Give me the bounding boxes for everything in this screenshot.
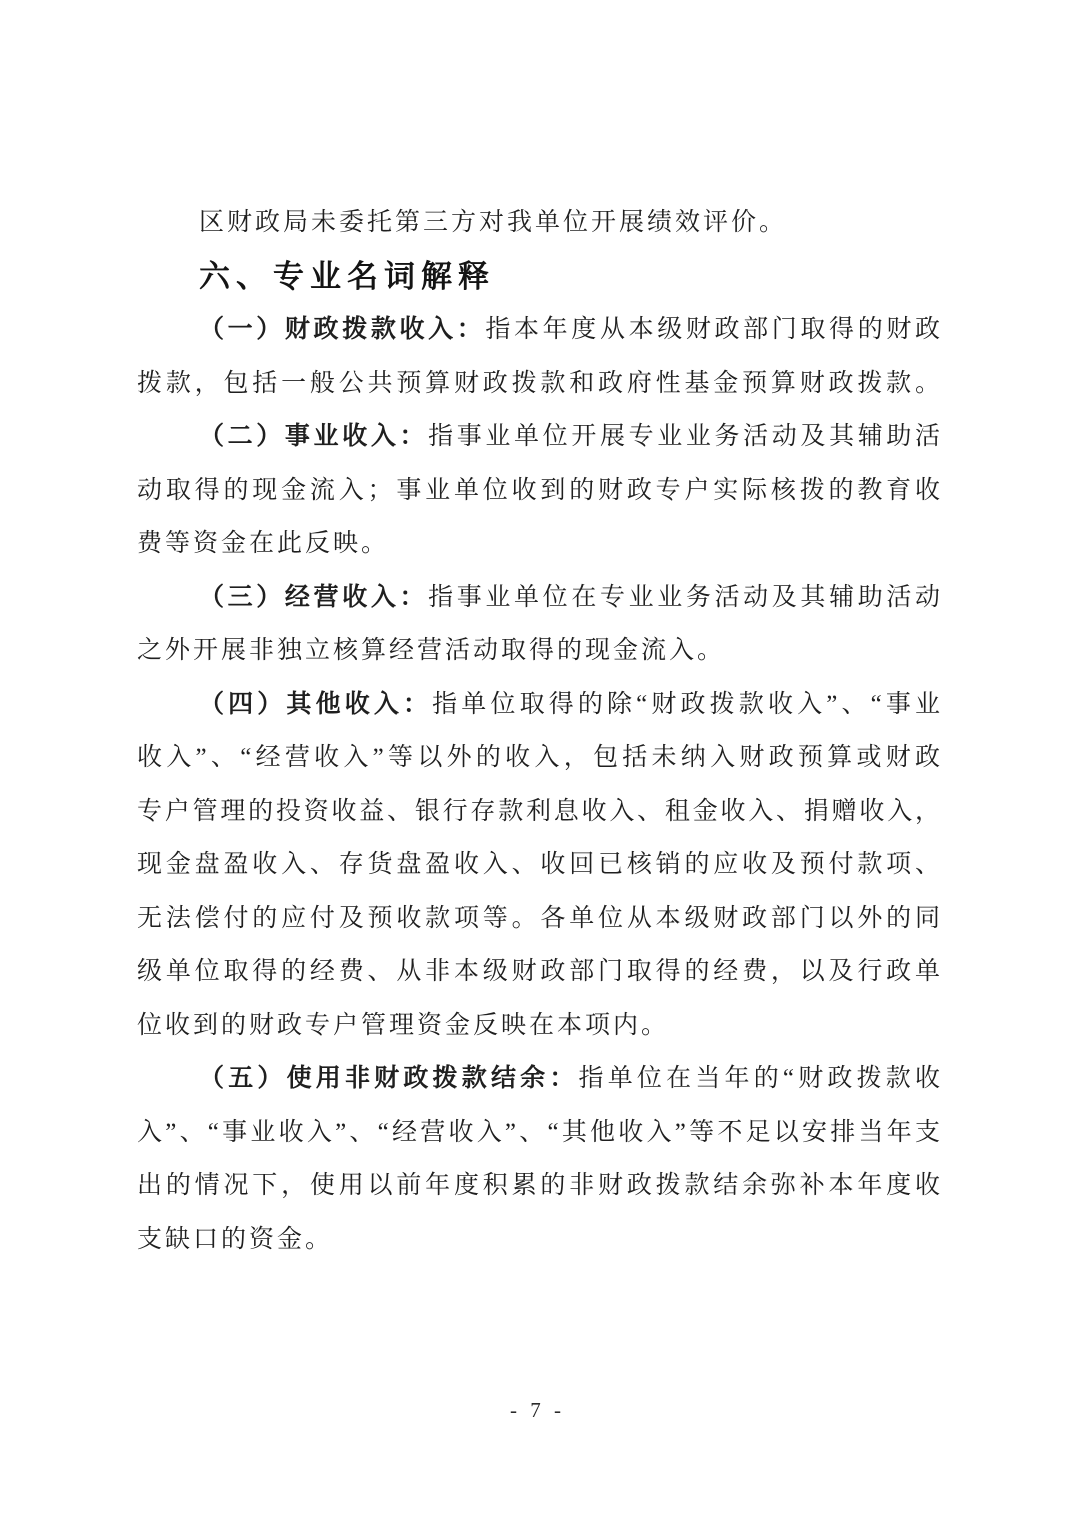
definition-text: 现金盘盈收入、存货盘盈收入、收回已核销的应收及预付款项、 xyxy=(137,851,940,878)
definition-line: 收入”、“经营收入”等以外的收入，包括未纳入财政预算或财政 xyxy=(137,731,940,785)
definition-line: 费等资金在此反映。 xyxy=(137,517,940,571)
document-body: 区财政局未委托第三方对我单位开展绩效评价。 六、专业名词解释 （一）财政拨款收入… xyxy=(137,196,940,1266)
section-heading: 六、专业名词解释 xyxy=(137,250,940,304)
definition-line: （一）财政拨款收入：指本年度从本级财政部门取得的财政 xyxy=(137,303,940,357)
definition-line: 专户管理的投资收益、银行存款利息收入、租金收入、捐赠收入， xyxy=(137,785,940,839)
definition-line: 之外开展非独立核算经营活动取得的现金流入。 xyxy=(137,624,940,678)
definition-text: 支缺口的资金。 xyxy=(137,1226,333,1253)
definition-text: 专户管理的投资收益、银行存款利息收入、租金收入、捐赠收入， xyxy=(137,798,940,825)
definition-text: 收入”、“经营收入”等以外的收入，包括未纳入财政预算或财政 xyxy=(137,744,940,771)
definition-text: 指单位取得的除“财政拨款收入”、“事业 xyxy=(432,691,940,718)
definition-line: （三）经营收入：指事业单位在专业业务活动及其辅助活动 xyxy=(137,571,940,625)
term-label: （四）其他收入： xyxy=(199,691,432,718)
definition-line: （四）其他收入：指单位取得的除“财政拨款收入”、“事业 xyxy=(137,678,940,732)
definition-text: 费等资金在此反映。 xyxy=(137,530,389,557)
definition-text: 入”、“事业收入”、“经营收入”、“其他收入”等不足以安排当年支 xyxy=(137,1119,940,1146)
document-page: 区财政局未委托第三方对我单位开展绩效评价。 六、专业名词解释 （一）财政拨款收入… xyxy=(0,0,1075,1520)
definition-line: 现金盘盈收入、存货盘盈收入、收回已核销的应收及预付款项、 xyxy=(137,838,940,892)
definition-text: 之外开展非独立核算经营活动取得的现金流入。 xyxy=(137,637,725,664)
definition-text: 级单位取得的经费、从非本级财政部门取得的经费，以及行政单 xyxy=(137,958,940,985)
definition-line: 入”、“事业收入”、“经营收入”、“其他收入”等不足以安排当年支 xyxy=(137,1106,940,1160)
definition-line: 动取得的现金流入；事业单位收到的财政专户实际核拨的教育收 xyxy=(137,464,940,518)
definition-text: 位收到的财政专户管理资金反映在本项内。 xyxy=(137,1012,669,1039)
term-label: （五）使用非财政拨款结余： xyxy=(199,1065,579,1092)
definition-line: 级单位取得的经费、从非本级财政部门取得的经费，以及行政单 xyxy=(137,945,940,999)
page-number: - 7 - xyxy=(0,1398,1075,1423)
definition-text: 无法偿付的应付及预收款项等。各单位从本级财政部门以外的同 xyxy=(137,905,940,932)
definition-line: 位收到的财政专户管理资金反映在本项内。 xyxy=(137,999,940,1053)
term-label: （三）经营收入： xyxy=(199,584,428,611)
term-label: （一）财政拨款收入： xyxy=(199,316,485,343)
definition-text: 动取得的现金流入；事业单位收到的财政专户实际核拨的教育收 xyxy=(137,477,940,504)
closing-paragraph-line: 区财政局未委托第三方对我单位开展绩效评价。 xyxy=(137,196,940,250)
definition-text: 指事业单位开展专业业务活动及其辅助活 xyxy=(428,423,940,450)
definition-text: 拨款，包括一般公共预算财政拨款和政府性基金预算财政拨款。 xyxy=(137,370,940,397)
definition-line: 出的情况下，使用以前年度积累的非财政拨款结余弥补本年度收 xyxy=(137,1159,940,1213)
definition-text: 指单位在当年的“财政拨款收 xyxy=(579,1065,940,1092)
definition-line: 无法偿付的应付及预收款项等。各单位从本级财政部门以外的同 xyxy=(137,892,940,946)
definition-line: （五）使用非财政拨款结余：指单位在当年的“财政拨款收 xyxy=(137,1052,940,1106)
definition-text: 指本年度从本级财政部门取得的财政 xyxy=(485,316,940,343)
definition-line: 支缺口的资金。 xyxy=(137,1213,940,1267)
definition-text: 出的情况下，使用以前年度积累的非财政拨款结余弥补本年度收 xyxy=(137,1172,940,1199)
definition-line: 拨款，包括一般公共预算财政拨款和政府性基金预算财政拨款。 xyxy=(137,357,940,411)
term-label: （二）事业收入： xyxy=(199,423,428,450)
closing-paragraph-text: 区财政局未委托第三方对我单位开展绩效评价。 xyxy=(199,209,787,236)
definition-text: 指事业单位在专业业务活动及其辅助活动 xyxy=(428,584,940,611)
definition-line: （二）事业收入：指事业单位开展专业业务活动及其辅助活 xyxy=(137,410,940,464)
